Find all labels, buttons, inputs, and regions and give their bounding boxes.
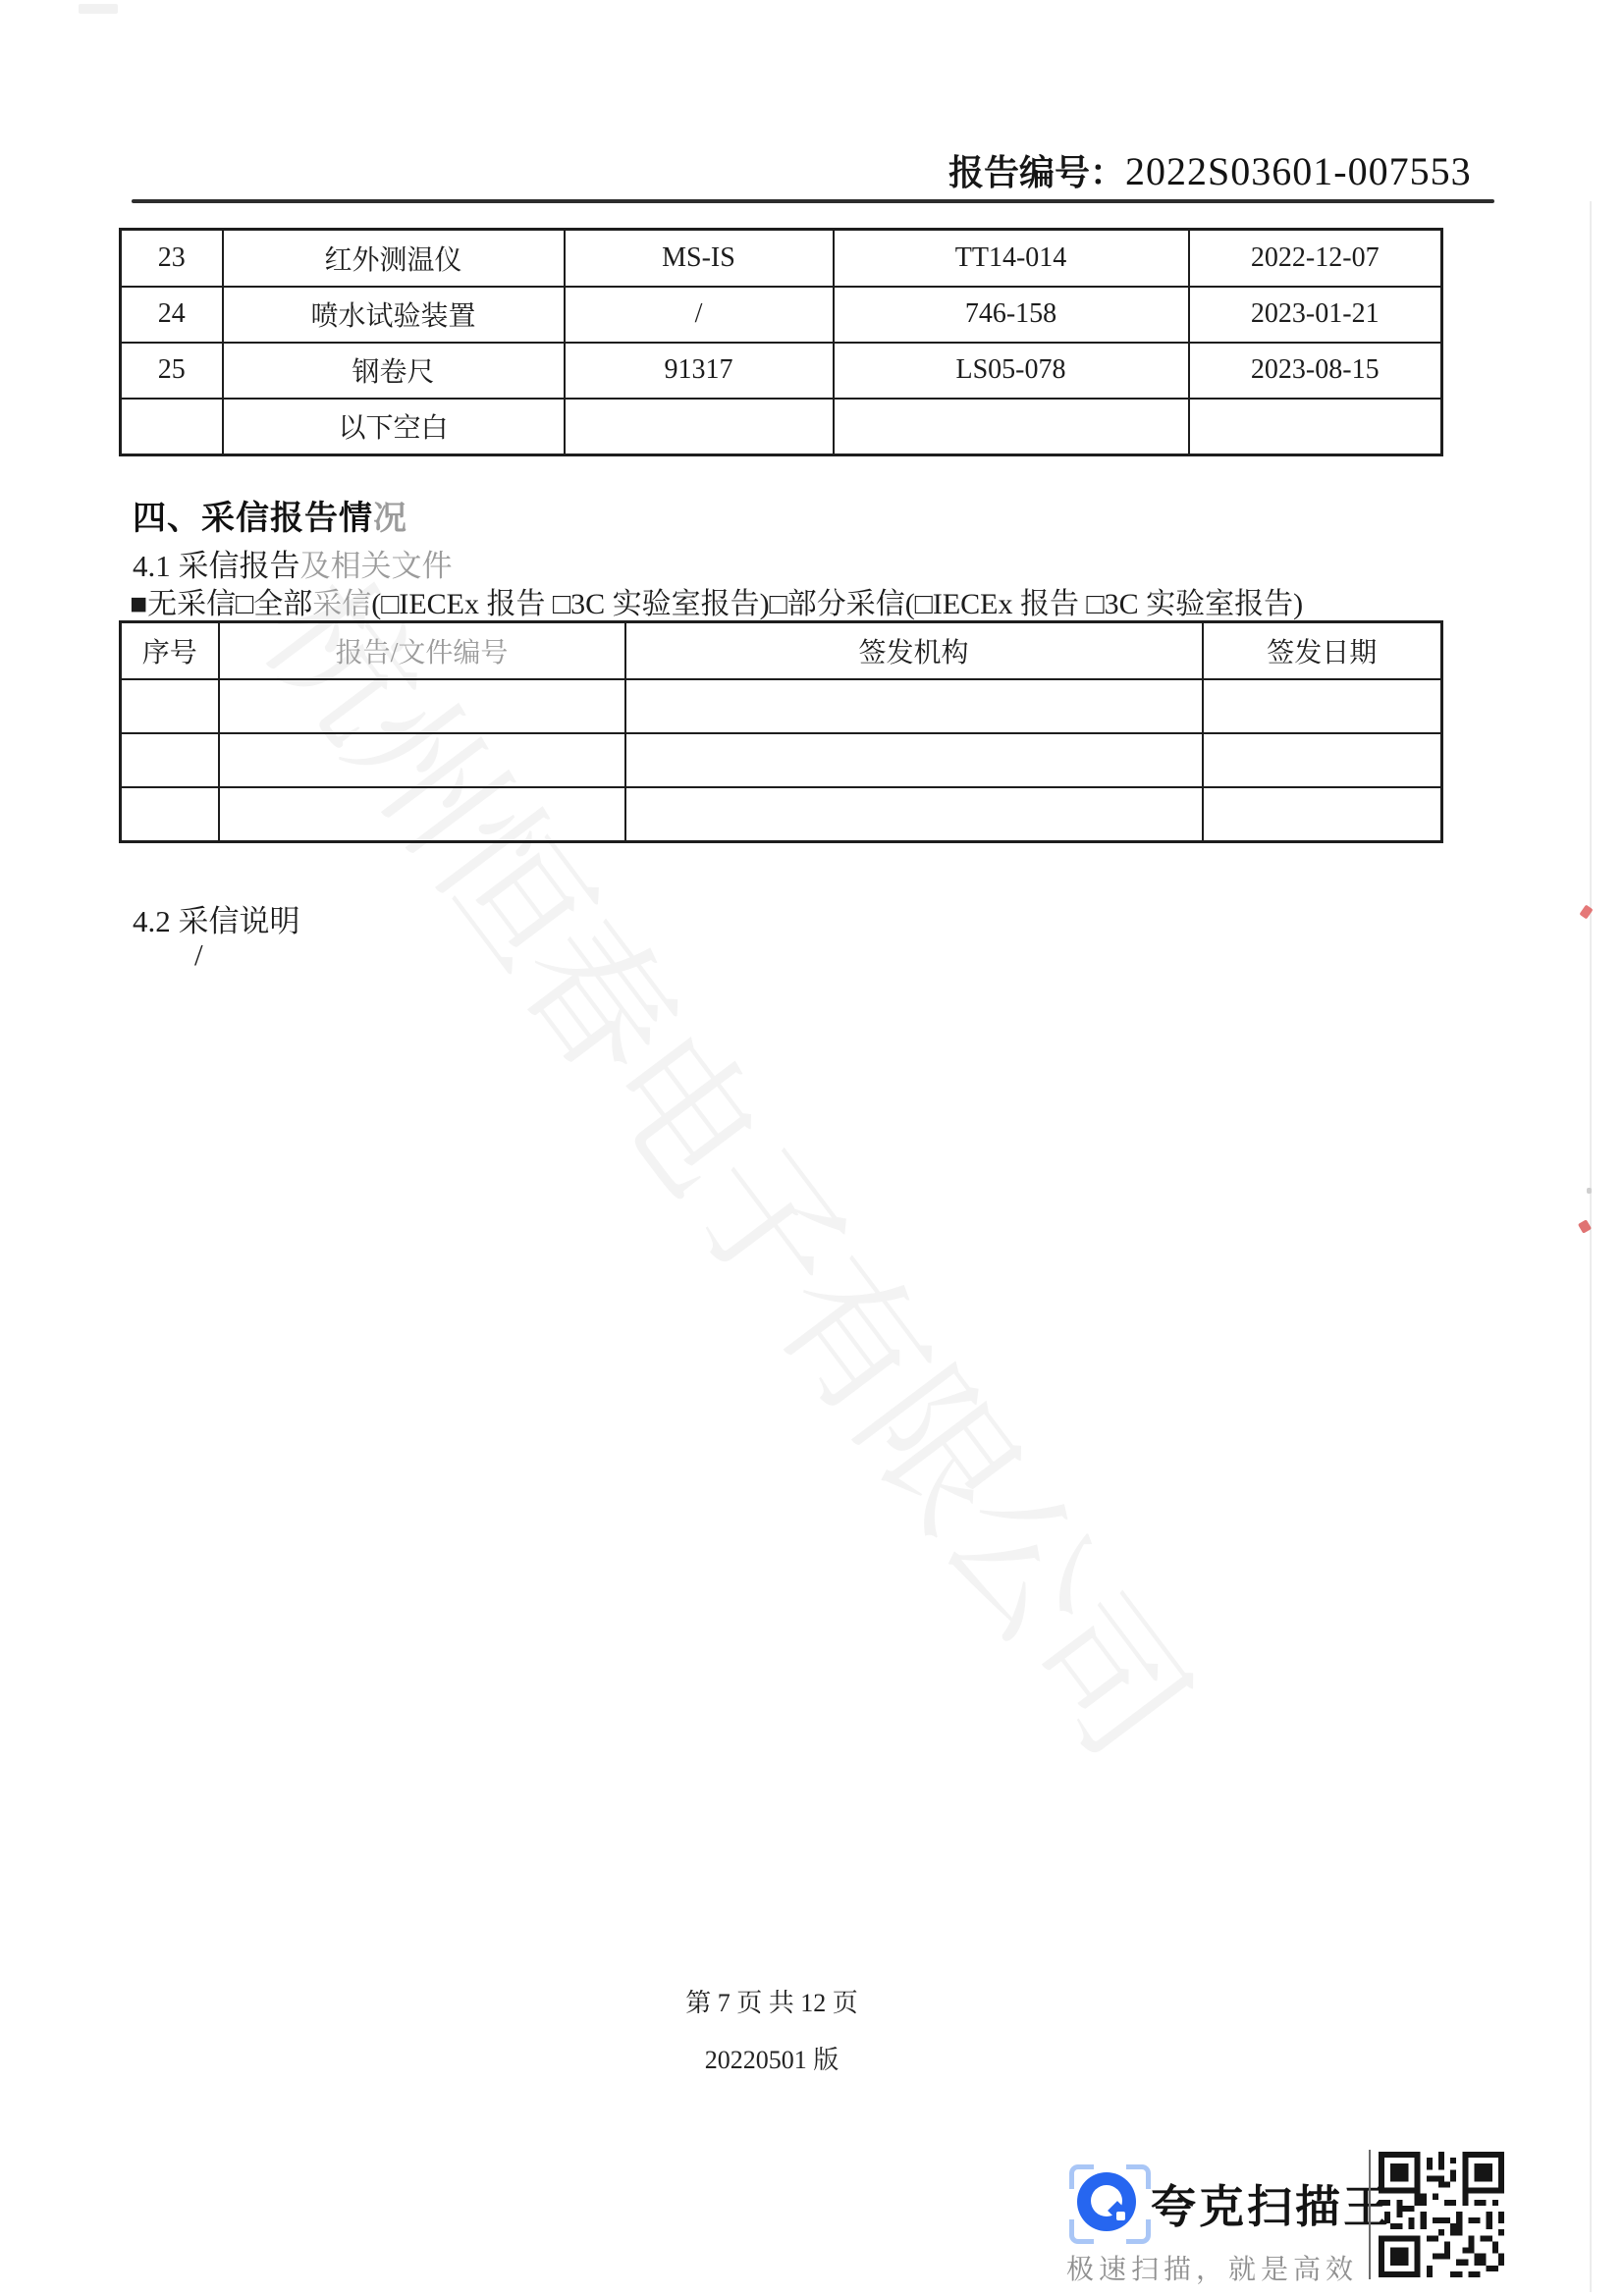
col-header-date: 签发日期 xyxy=(1203,622,1442,679)
cell-date xyxy=(1189,399,1442,455)
cell-date: 2023-01-21 xyxy=(1189,287,1442,343)
cell-no: 23 xyxy=(121,230,223,287)
col-header-issuer: 签发机构 xyxy=(625,622,1203,679)
section41-faded: 及相关文件 xyxy=(300,549,453,583)
cell-serial xyxy=(834,399,1189,455)
acceptance-checkbox-line: ■无采信□全部采信(□IECEx 报告 □3C 实验室报告)□部分采信(□IEC… xyxy=(130,579,1303,622)
cell-model xyxy=(565,399,834,455)
logo-chip-shape xyxy=(1116,2212,1125,2220)
section42-heading: 4.2 采信说明 xyxy=(133,896,300,940)
table-header-row: 序号 报告/文件编号 签发机构 签发日期 xyxy=(121,622,1442,679)
page-content: 报告编号：2022S03601-007553 23 红外测温仪 MS-IS TT… xyxy=(0,0,1624,2296)
empty-table-row xyxy=(121,787,1442,842)
viewfinder-bracket-icon xyxy=(1126,2219,1151,2244)
acceptance-report-table: 序号 报告/文件编号 签发机构 签发日期 xyxy=(119,620,1443,843)
scanner-app-slogan: 极速扫描，就是高效 xyxy=(1066,2248,1358,2287)
cell-name: 钢卷尺 xyxy=(223,343,565,399)
section41-main: 4.1 采信报告 xyxy=(133,549,300,583)
report-number-header: 报告编号：2022S03601-007553 xyxy=(948,145,1472,195)
scan-speck xyxy=(1587,1188,1592,1194)
branding-divider xyxy=(1369,2150,1371,2279)
section4-title-faded: 况 xyxy=(373,500,407,537)
col-header-doc: 报告/文件编号 xyxy=(219,622,625,679)
table-row: 24 喷水试验装置 / 746-158 2023-01-21 xyxy=(121,287,1442,343)
report-number-label: 报告编号： xyxy=(948,152,1125,192)
form-version: 20220501 版 xyxy=(0,2040,1543,2076)
cell-name: 红外测温仪 xyxy=(223,230,565,287)
section4-title: 四、采信报告情况 xyxy=(133,491,407,539)
cell-no: 25 xyxy=(121,343,223,399)
empty-table-row xyxy=(121,679,1442,733)
cell-name: 以下空白 xyxy=(223,399,565,455)
table-row: 25 钢卷尺 91317 LS05-078 2023-08-15 xyxy=(121,343,1442,399)
section4-title-main: 四、采信报告情 xyxy=(133,500,373,537)
cell-serial: 746-158 xyxy=(834,287,1189,343)
checkbox-no-acceptance: ■无采信□全部 xyxy=(130,588,312,620)
report-number-value: 2022S03601-007553 xyxy=(1125,149,1472,193)
cell-model: / xyxy=(565,287,834,343)
page-number: 第 7 页 共 12 页 xyxy=(0,1983,1543,2019)
cell-date: 2022-12-07 xyxy=(1189,230,1442,287)
quark-scanner-logo-icon xyxy=(1077,2172,1136,2231)
cell-serial: TT14-014 xyxy=(834,230,1189,287)
scan-speck xyxy=(79,4,118,14)
header-divider-line xyxy=(132,199,1494,203)
cell-model: 91317 xyxy=(565,343,834,399)
checkbox-faded-text: 采信 xyxy=(312,588,371,620)
scanner-app-name: 夸克扫描王 xyxy=(1151,2171,1391,2236)
cell-no xyxy=(121,399,223,455)
cell-serial: LS05-078 xyxy=(834,343,1189,399)
scanned-document-page: 杭州恒春电子有限公司 报告编号：2022S03601-007553 23 红外测… xyxy=(0,0,1624,2296)
col-header-no: 序号 xyxy=(121,622,219,679)
qr-code xyxy=(1379,2152,1504,2277)
equipment-table: 23 红外测温仪 MS-IS TT14-014 2022-12-07 24 喷水… xyxy=(119,228,1443,456)
cell-name: 喷水试验装置 xyxy=(223,287,565,343)
checkbox-options: (□IECEx 报告 □3C 实验室报告)□部分采信(□IECEx 报告 □3C… xyxy=(371,588,1303,620)
empty-table-row xyxy=(121,733,1442,787)
cell-model: MS-IS xyxy=(565,230,834,287)
cell-no: 24 xyxy=(121,287,223,343)
table-row: 23 红外测温仪 MS-IS TT14-014 2022-12-07 xyxy=(121,230,1442,287)
section42-value: / xyxy=(194,937,203,973)
scan-fold-line xyxy=(1590,201,1592,2292)
cell-date: 2023-08-15 xyxy=(1189,343,1442,399)
table-row-blank-marker: 以下空白 xyxy=(121,399,1442,455)
